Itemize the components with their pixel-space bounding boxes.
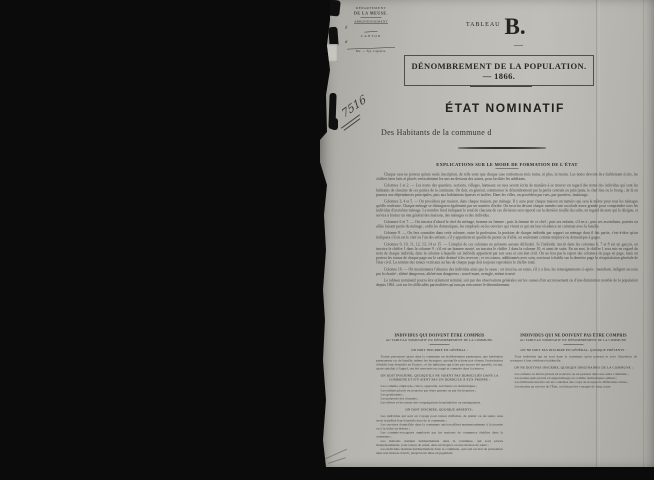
tableau-letter: B.: [505, 14, 526, 39]
column-item: Les élèves et les sœurs des congrégation…: [376, 401, 503, 405]
column-item: Toutes personnes ayant dans la commune u…: [376, 354, 503, 370]
page-title: ÉTAT NOMINATIF: [376, 101, 634, 115]
arrondissement-label: ARRONDISSEMENT: [338, 20, 404, 24]
explanation-paragraph: Colonne 16. — On mentionnera l'absence d…: [376, 267, 638, 276]
column-item: Les commis-voyageurs employés par les ma…: [376, 431, 503, 439]
explanation-paragraph: Colonne 8. — On fera connaître dans cett…: [376, 231, 638, 240]
column-rule: [563, 344, 583, 345]
include-section-items: Les individus qui sont en voyage pour ra…: [376, 414, 503, 455]
explanation-paragraph: Colonnes 6 et 7. — On inscrira d'abord l…: [376, 219, 638, 228]
explanations-paragraphs: Chaque case ne portera qu'une seule insc…: [376, 172, 638, 287]
include-section-items: Toutes personnes ayant dans la commune u…: [376, 354, 503, 370]
inclusion-columns: INDIVIDUS QUI DOIVENT ÊTRE COMPRIS AU TA…: [376, 333, 638, 467]
include-subtitle: AU TABLEAU NOMINATIF DU DÉNOMBREMENT DE …: [376, 339, 503, 343]
column-item: Les marins au service de l'État, ou fais…: [510, 384, 637, 388]
column-rule: [430, 344, 450, 345]
include-section-heading: ON DOIT INSCRIRE EN GÉNÉRAL :: [378, 348, 501, 352]
explanation-paragraph: Colonnes 3, 4 et 5. — On procédera par m…: [376, 199, 638, 217]
exclude-section-heading: ON NE DOIT PAS INSCRIRE, QUOIQUE ORIGINA…: [512, 366, 635, 370]
page-edge-line: [643, 0, 644, 467]
explanation-paragraph: Chaque case ne portera qu'une seule insc…: [376, 172, 638, 181]
exclude-title: INDIVIDUS QUI NE DOIVENT PAS ÊTRE COMPRI…: [510, 333, 637, 338]
canton-fill: d: [345, 39, 404, 44]
exclude-subtitle: AU TABLEAU NOMINATIF DU DÉNOMBREMENT DE …: [510, 339, 637, 343]
tableau-dash: —: [514, 40, 523, 50]
stamp-rule: [347, 47, 395, 49]
stamp-rule: [361, 18, 382, 19]
arrondissement-fill: d: [345, 25, 404, 30]
column-item: Tous individus qui ne sont dans la commu…: [510, 354, 637, 362]
explanation-paragraph: Colonnes 1 et 2. — Les noms des quartier…: [376, 183, 638, 197]
canton-label: CANTON: [338, 34, 404, 38]
column-item: Les malades résidant habituellement dans…: [376, 439, 503, 447]
departement-name: DE LA MEUSE.: [338, 11, 404, 16]
explanations-rule: [496, 169, 519, 170]
departement-label: DÉPARTEMENT: [338, 6, 404, 10]
explanation-paragraph: Colonnes 9, 10, 11, 12, 13, 14 et 15. — …: [376, 242, 638, 265]
title-box: DÉNOMBREMENT DE LA POPULATION. — 1866.: [404, 55, 594, 86]
printer-imprint: Bar. — Typ. Laguerre.: [338, 50, 404, 53]
commune-subtitle: Des Habitants de la commune d: [381, 128, 492, 137]
exclude-section-heading: ON NE DOIT PAS INSCRIRE EN GÉNÉRAL, QUOI…: [512, 348, 635, 352]
column-item: Les individus résidant habituellement da…: [376, 447, 503, 455]
commune-fill-line: [458, 147, 546, 149]
title-rule: [470, 86, 532, 87]
column-item: Les individus qui sont en voyage pour ra…: [376, 414, 503, 422]
explanation-paragraph: Le tableau nominatif pourra être utileme…: [376, 278, 638, 287]
include-title: INDIVIDUS QUI DOIVENT ÊTRE COMPRIS: [376, 333, 503, 338]
pencil-smudge: [320, 436, 360, 466]
handwritten-number: 7516: [340, 92, 368, 120]
column-include: INDIVIDUS QUI DOIVENT ÊTRE COMPRIS AU TA…: [376, 333, 505, 467]
exclude-section-items: Les enfants ou élèves placés en nourrice…: [510, 372, 637, 388]
include-section-items: Les commis, employés, clercs, apprentis,…: [376, 384, 503, 405]
exclude-section-items: Tous individus qui ne sont dans la commu…: [510, 354, 637, 362]
binding-mark: [331, 118, 338, 130]
scanned-census-photograph: DÉPARTEMENT DE LA MEUSE. ARRONDISSEMENT …: [0, 0, 654, 480]
department-stamp-block: DÉPARTEMENT DE LA MEUSE. ARRONDISSEMENT …: [338, 6, 404, 92]
include-section-heading: ON DOIT INSCRIRE, QUOIQU'ILS NE SOIENT P…: [378, 374, 501, 382]
column-item: Les ouvriers domiciliés dans la commune …: [376, 422, 503, 430]
stamp-rule: [364, 31, 377, 32]
column-exclude: INDIVIDUS QUI NE DOIVENT PAS ÊTRE COMPRI…: [510, 333, 639, 467]
explanations-section: EXPLICATIONS SUR LE MODE DE FORMATION DE…: [376, 162, 638, 333]
include-section-heading: ON DOIT INSCRIRE, QUOIQUE ABSENTS :: [378, 408, 501, 412]
explanations-heading: EXPLICATIONS SUR LE MODE DE FORMATION DE…: [376, 162, 638, 167]
tableau-heading: TABLEAUB.: [466, 14, 526, 40]
tableau-label: TABLEAU: [466, 22, 501, 28]
binding-tab: [318, 44, 338, 62]
document-page: DÉPARTEMENT DE LA MEUSE. ARRONDISSEMENT …: [318, 0, 654, 467]
